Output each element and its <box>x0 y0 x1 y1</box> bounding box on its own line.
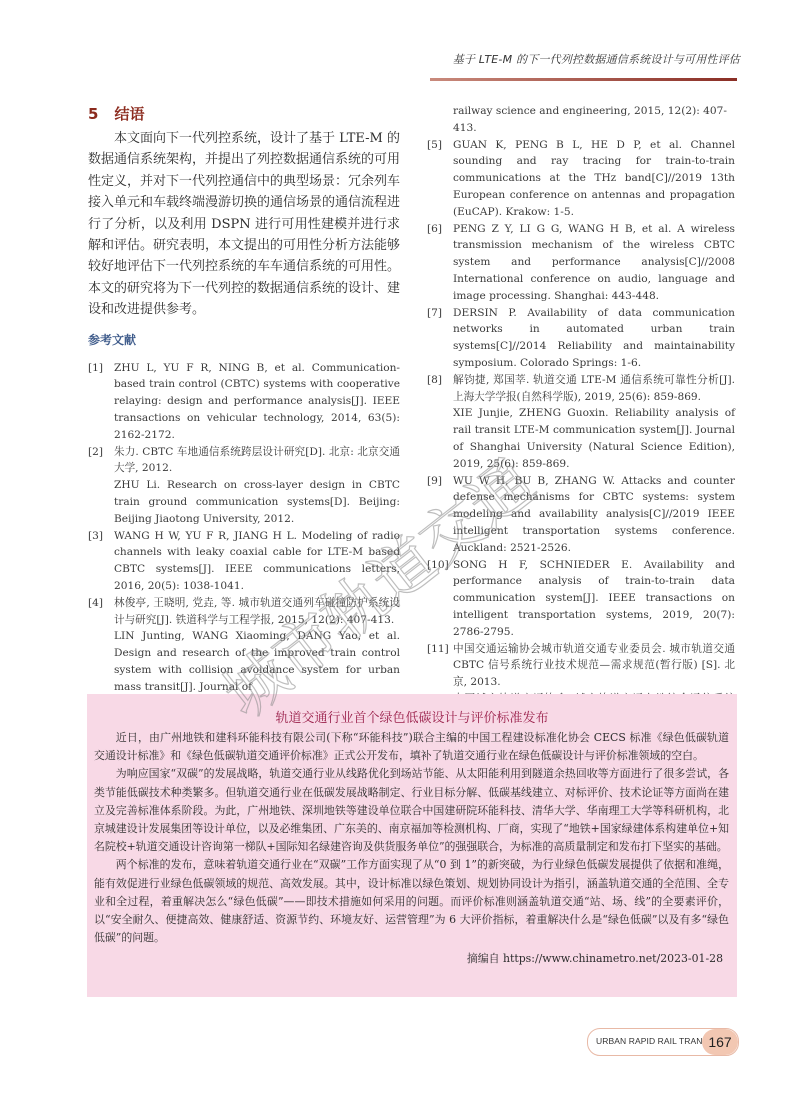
reference-item: [4] 林俊亭, 王晓明, 党垚, 等. 城市轨道交通列车碰撞防护系统设计与研究… <box>88 595 400 696</box>
header-rule <box>430 78 737 81</box>
reference-continuation: railway science and engineering, 2015, 1… <box>427 103 735 137</box>
section-number: 5 <box>88 105 98 123</box>
news-source: 摘编自 https://www.chinametro.net/2023-01-2… <box>87 950 723 968</box>
conclusion-paragraph: 本文面向下一代列控系统，设计了基于 LTE-M 的数据通信系统架构，并提出了列控… <box>88 128 400 321</box>
section-title: 结语 <box>114 105 144 123</box>
footer-journal-badge: URBAN RAPID RAIL TRANSIT 167 <box>587 1028 739 1056</box>
news-title: 轨道交通行业首个绿色低碳设计与评价标准发布 <box>87 707 737 726</box>
references-heading: 参考文献 <box>88 331 400 348</box>
reference-item: [10] SONG H F, SCHNIEDER E. Availability… <box>427 557 735 641</box>
reference-item: [5] GUAN K, PENG B L, HE D P, et al. Cha… <box>427 137 735 221</box>
reference-item: [6] PENG Z Y, LI G G, WANG H B, et al. A… <box>427 221 735 305</box>
reference-item: [3] WANG H W, YU F R, JIANG H L. Modelin… <box>88 528 400 595</box>
reference-item: [2] 朱力. CBTC 车地通信系统跨层设计研究[D]. 北京: 北京交通大学… <box>88 444 400 528</box>
right-column: railway science and engineering, 2015, 1… <box>427 103 735 768</box>
left-column: 5结语 本文面向下一代列控系统，设计了基于 LTE-M 的数据通信系统架构，并提… <box>88 103 400 696</box>
reference-item: [8] 解钧捷, 郑国莘. 轨道交通 LTE-M 通信系统可靠性分析[J]. 上… <box>427 372 735 473</box>
reference-item: [9] WU W H, BU B, ZHANG W. Attacks and c… <box>427 473 735 557</box>
page-number: 167 <box>702 1029 738 1055</box>
news-sidebar-box: 轨道交通行业首个绿色低碳设计与评价标准发布 近日，由广州地铁和建科环能科技有限公… <box>87 694 737 997</box>
reference-item: [1] ZHU L, YU F R, NING B, et al. Commun… <box>88 360 400 444</box>
reference-item: [11] 中国交通运输协会城市轨道交通专业委员会. 城市轨道交通 CBTC 信号… <box>427 641 735 691</box>
running-title: 基于 LTE-M 的下一代列控数据通信系统设计与可用性评估 <box>440 51 740 67</box>
reference-item: [7] DERSIN P. Availability of data commu… <box>427 305 735 372</box>
section-heading: 5结语 <box>88 103 400 124</box>
news-paragraph: 两个标准的发布，意味着轨道交通行业在“双碳”工作方面实现了从“0 到 1”的新突… <box>94 856 729 947</box>
news-paragraph: 为响应国家“双碳”的发展战略，轨道交通行业从线路优化到场站节能、从太阳能利用到隧… <box>94 765 729 856</box>
news-paragraph: 近日，由广州地铁和建科环能科技有限公司(下称“环能科技”)联合主编的中国工程建设… <box>94 729 729 765</box>
journal-name: URBAN RAPID RAIL TRANSIT <box>596 1036 716 1046</box>
